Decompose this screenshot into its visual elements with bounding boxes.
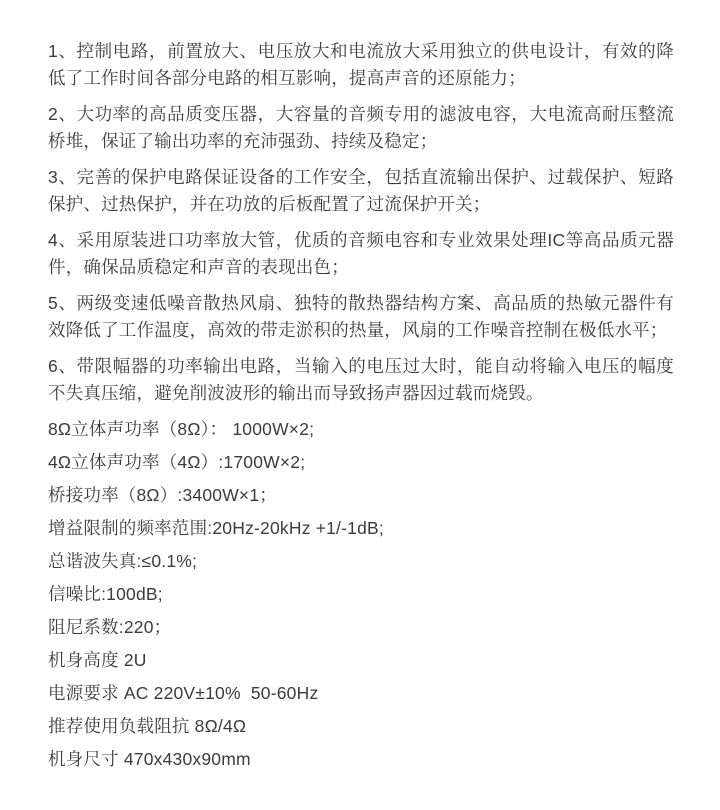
spec-line-snr: 信噪比:100dB;: [48, 581, 674, 608]
spec-line-bridged-power: 桥接功率（8Ω）:3400W×1；: [48, 482, 674, 509]
spec-line-stereo-power-4ohm: 4Ω立体声功率（4Ω）:1700W×2;: [48, 449, 674, 476]
spec-line-load-impedance: 推荐使用负载阻抗 8Ω/4Ω: [48, 713, 674, 740]
feature-paragraph-1: 1、控制电路，前置放大、电压放大和电流放大采用独立的供电设计，有效的降低了工作时…: [48, 38, 674, 92]
spec-line-chassis-height: 机身高度 2U: [48, 647, 674, 674]
spec-line-power-requirement: 电源要求 AC 220V±10% 50-60Hz: [48, 680, 674, 707]
feature-paragraph-4: 4、采用原装进口功率放大管，优质的音频电容和专业效果处理IC等高品质元器件，确保…: [48, 227, 674, 281]
feature-paragraph-2: 2、大功率的高品质变压器，大容量的音频专用的滤波电容，大电流高耐压整流桥堆，保证…: [48, 101, 674, 155]
spec-line-dimensions: 机身尺寸 470x430x90mm: [48, 746, 674, 773]
spec-line-frequency-range: 增益限制的频率范围:20Hz-20kHz +1/-1dB;: [48, 515, 674, 542]
feature-paragraph-3: 3、完善的保护电路保证设备的工作安全，包括直流输出保护、过载保护、短路保护、过热…: [48, 164, 674, 218]
spec-line-damping-factor: 阻尼系数:220；: [48, 614, 674, 641]
spec-line-stereo-power-8ohm: 8Ω立体声功率（8Ω）： 1000W×2;: [48, 416, 674, 443]
spec-line-thd: 总谐波失真:≤0.1%;: [48, 548, 674, 575]
feature-paragraph-6: 6、带限幅器的功率输出电路，当输入的电压过大时，能自动将输入电压的幅度不失真压缩…: [48, 353, 674, 407]
product-spec-document: 1、控制电路，前置放大、电压放大和电流放大采用独立的供电设计，有效的降低了工作时…: [0, 0, 720, 773]
feature-paragraph-5: 5、两级变速低噪音散热风扇、独特的散热器结构方案、高品质的热敏元器件有效降低了工…: [48, 290, 674, 344]
